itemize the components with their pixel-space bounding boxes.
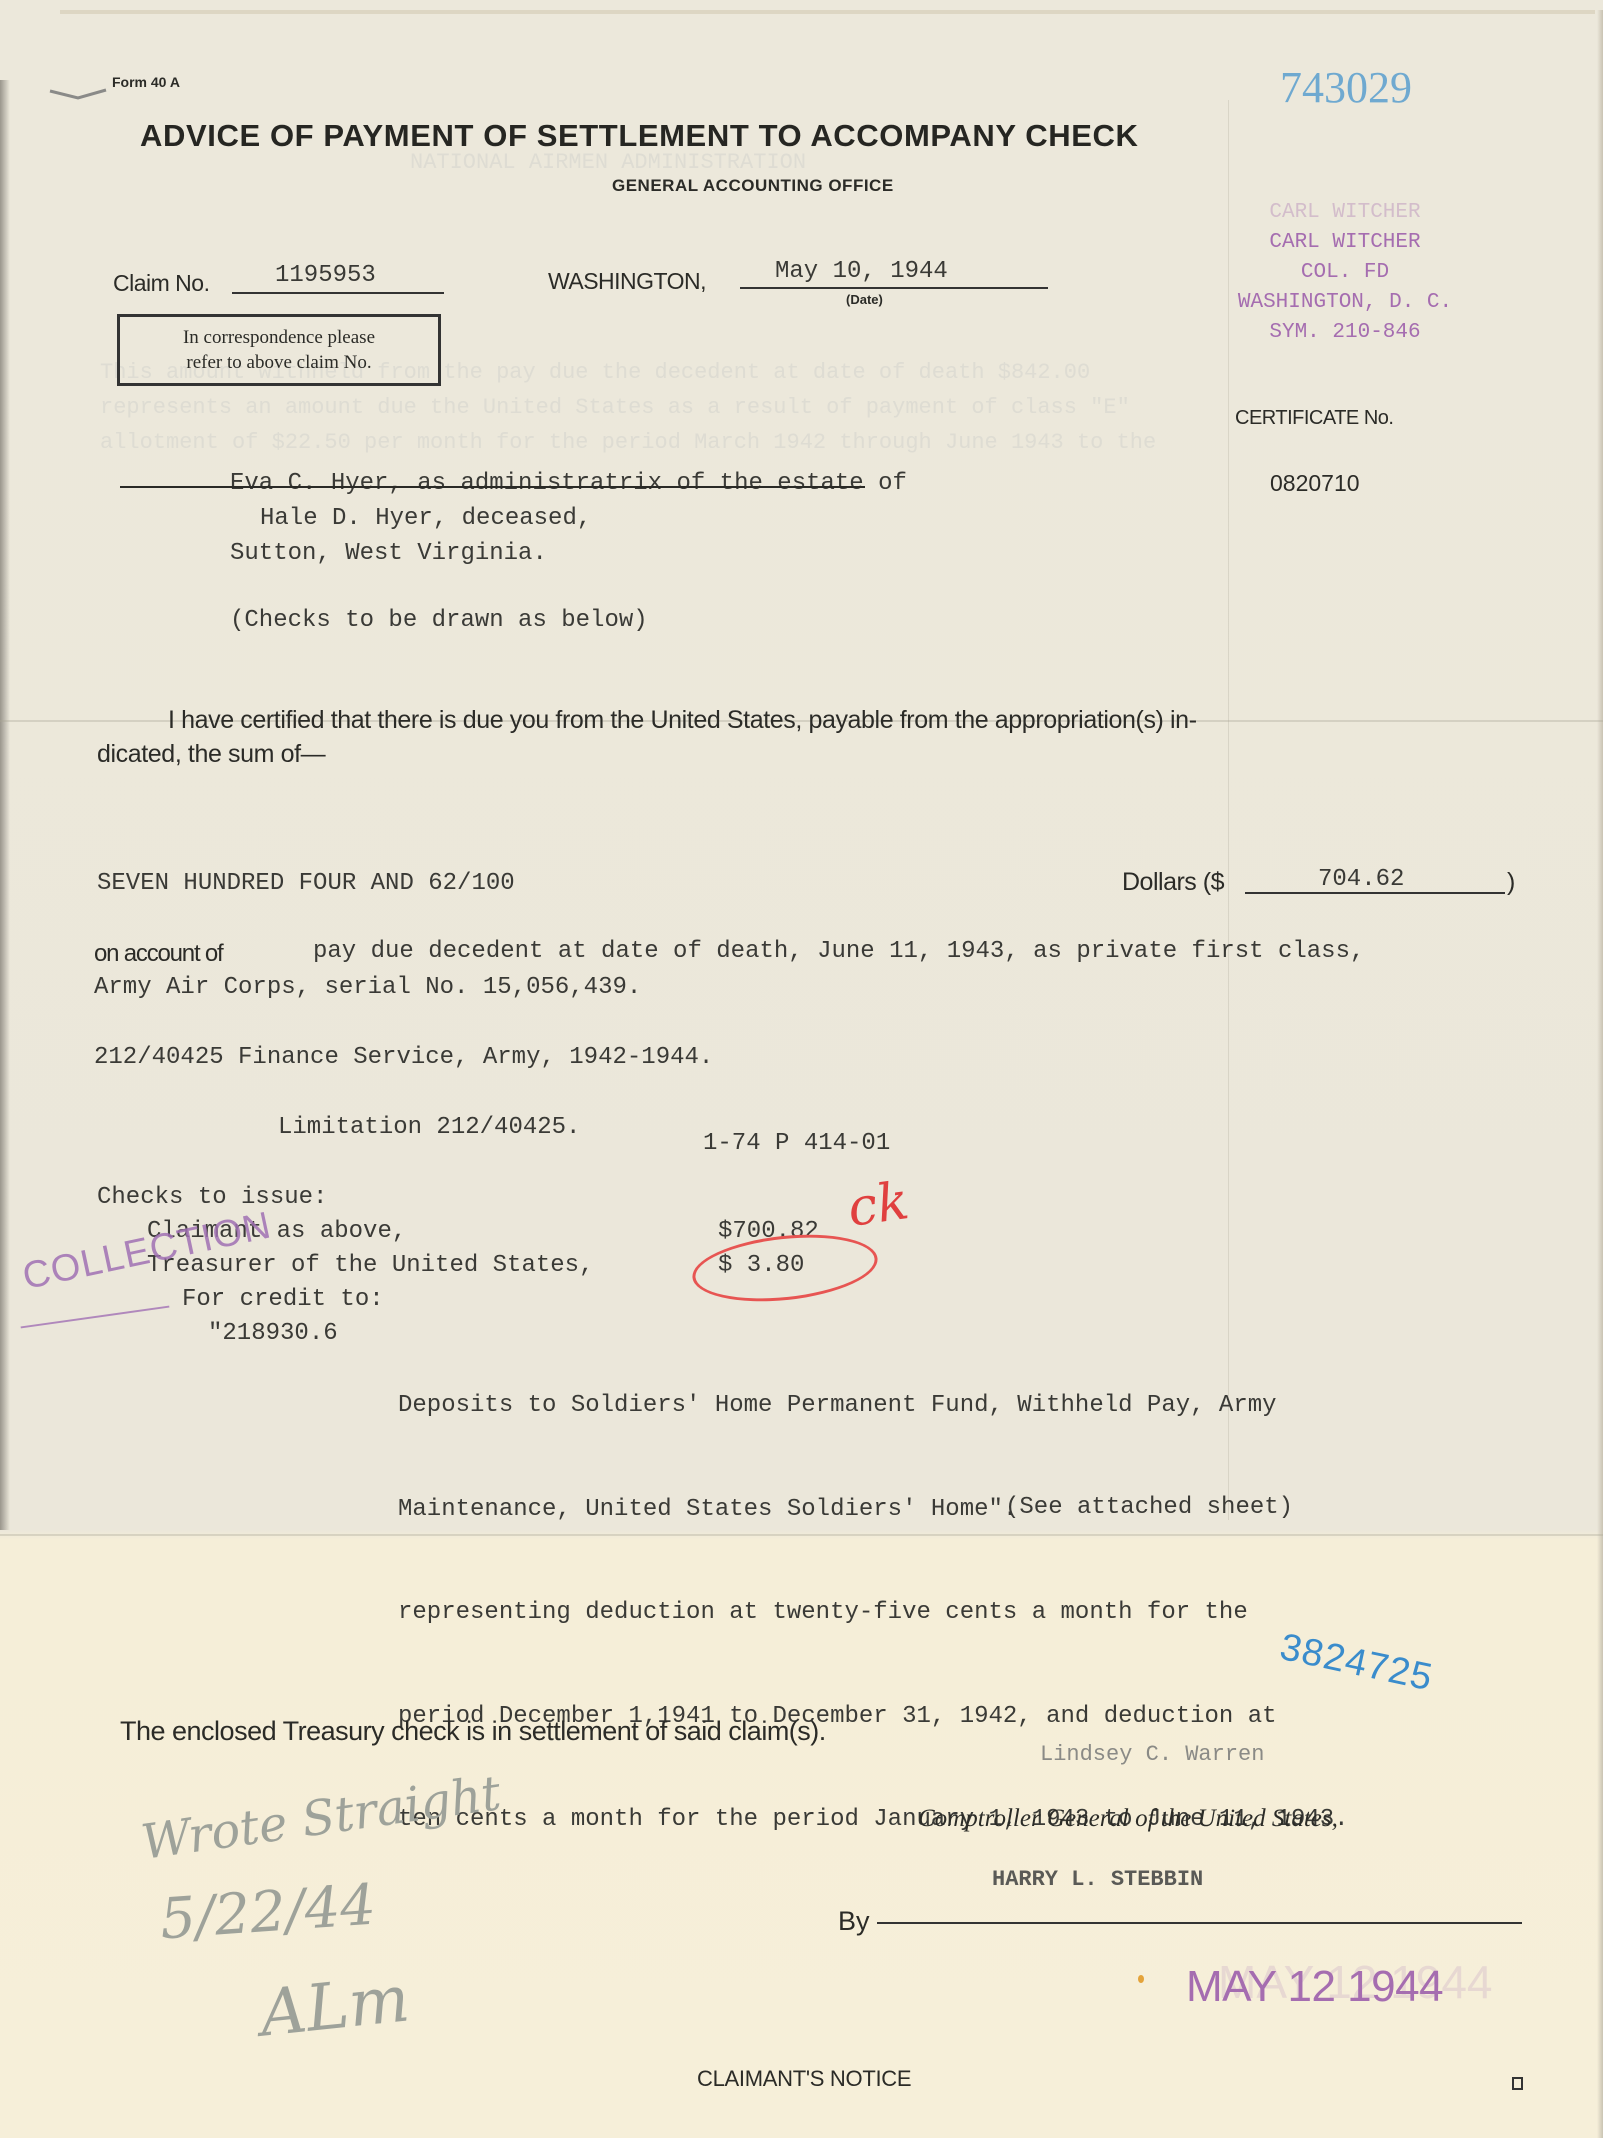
document-subtitle: GENERAL ACCOUNTING OFFICE bbox=[612, 176, 894, 196]
credit-text-line: representing deduction at twenty-five ce… bbox=[398, 1596, 1349, 1631]
correspondence-note-line1: In correspondence please bbox=[120, 325, 438, 350]
strikethrough-line bbox=[120, 486, 865, 488]
collection-stamp-underline bbox=[21, 1306, 170, 1329]
dollars-close-paren: ) bbox=[1507, 868, 1515, 897]
certificate-label: CERTIFICATE No. bbox=[1235, 407, 1393, 430]
payee-line3: Sutton, West Virginia. bbox=[230, 540, 547, 567]
credit-heading: For credit to: bbox=[182, 1286, 384, 1313]
amount-in-words: SEVEN HUNDRED FOUR AND 62/100 bbox=[97, 870, 515, 897]
reference-code: 1-74 P 414-01 bbox=[703, 1130, 890, 1157]
limitation-line: Limitation 212/40425. bbox=[278, 1114, 580, 1141]
form-number: Form 40 A bbox=[112, 74, 180, 90]
ink-spot bbox=[1138, 1975, 1144, 1983]
payee-line2: Hale D. Hyer, deceased, bbox=[260, 505, 591, 532]
dollars-value: 704.62 bbox=[1318, 866, 1404, 893]
see-attached-note: (See attached sheet) bbox=[1005, 1494, 1293, 1521]
credit-account-code: "218930.6 bbox=[208, 1320, 338, 1347]
correspondence-note-box: In correspondence please refer to above … bbox=[117, 314, 441, 386]
claim-number-label: Claim No. bbox=[113, 270, 209, 297]
bleed-through-text: represents an amount due the United Stat… bbox=[100, 395, 1130, 420]
settlement-statement: The enclosed Treasury check is in settle… bbox=[120, 1716, 826, 1747]
checks-heading: Checks to issue: bbox=[97, 1184, 327, 1211]
page-edge bbox=[60, 10, 1595, 14]
date-caption: (Date) bbox=[846, 292, 883, 307]
officer-stamp-rank: COL. FD bbox=[1225, 258, 1465, 288]
officer-stamp-city: WASHINGTON, D. C. bbox=[1225, 288, 1465, 318]
officer-stamp: CARL WITCHER CARL WITCHER COL. FD WASHIN… bbox=[1225, 198, 1465, 348]
by-label: By bbox=[838, 1906, 870, 1937]
dollars-label: Dollars ($ bbox=[1122, 868, 1224, 897]
bleed-through-text: allotment of $22.50 per month for the pe… bbox=[100, 430, 1156, 455]
correspondence-note-line2: refer to above claim No. bbox=[120, 350, 438, 375]
claim-number-value: 1195953 bbox=[275, 262, 376, 289]
payee-line1: Eva C. Hyer, as administratrix of the es… bbox=[230, 470, 907, 497]
officer-stamp-name: CARL WITCHER bbox=[1225, 228, 1465, 258]
account-label: on account of bbox=[94, 940, 223, 968]
appropriation-line: 212/40425 Finance Service, Army, 1942-19… bbox=[94, 1044, 713, 1071]
stamp-number-top: 743029 bbox=[1280, 62, 1412, 113]
account-text-line2: Army Air Corps, serial No. 15,056,439. bbox=[94, 974, 641, 1001]
comptroller-title: Comptroller General of the United States… bbox=[918, 1805, 1338, 1833]
certification-text-line1: I have certified that there is due you f… bbox=[168, 706, 1197, 735]
certification-text-line2: dicated, the sum of— bbox=[97, 740, 325, 769]
credit-text-line: Deposits to Soldiers' Home Permanent Fun… bbox=[398, 1389, 1349, 1424]
check-mark-annotation: ck bbox=[844, 1171, 912, 1239]
date-value: May 10, 1944 bbox=[775, 258, 948, 285]
right-edge-shadow bbox=[1597, 10, 1603, 2138]
account-text-line1: pay due decedent at date of death, June … bbox=[313, 938, 1364, 965]
city-label: WASHINGTON, bbox=[548, 268, 706, 295]
handwritten-initials: ALm bbox=[257, 1962, 413, 2051]
document-title: ADVICE OF PAYMENT OF SETTLEMENT TO ACCOM… bbox=[140, 118, 1139, 154]
signed-by-name: HARRY L. STEBBIN bbox=[992, 1867, 1203, 1892]
received-date-stamp: MAY 12 1944 bbox=[1186, 1962, 1443, 2012]
claim-number-underline bbox=[232, 292, 444, 294]
signature-line bbox=[877, 1922, 1522, 1924]
date-underline bbox=[740, 287, 1048, 289]
left-edge-shadow bbox=[0, 80, 10, 1530]
document-page: NATIONAL AIRMEN ADMINISTRATION This amou… bbox=[0, 0, 1603, 2138]
checks-drawn-note: (Checks to be drawn as below) bbox=[230, 607, 648, 634]
handwritten-note-date: 5/22/44 bbox=[158, 1873, 378, 1953]
officer-stamp-ghost: CARL WITCHER bbox=[1225, 198, 1465, 228]
comptroller-name: Lindsey C. Warren bbox=[1040, 1742, 1264, 1767]
officer-stamp-symbol: SYM. 210-846 bbox=[1225, 318, 1465, 348]
certificate-number: 0820710 bbox=[1270, 470, 1360, 497]
checkbox-square-icon bbox=[1512, 2077, 1523, 2090]
staple-icon bbox=[48, 88, 110, 100]
claimant-notice-label: CLAIMANT'S NOTICE bbox=[697, 2066, 911, 2092]
